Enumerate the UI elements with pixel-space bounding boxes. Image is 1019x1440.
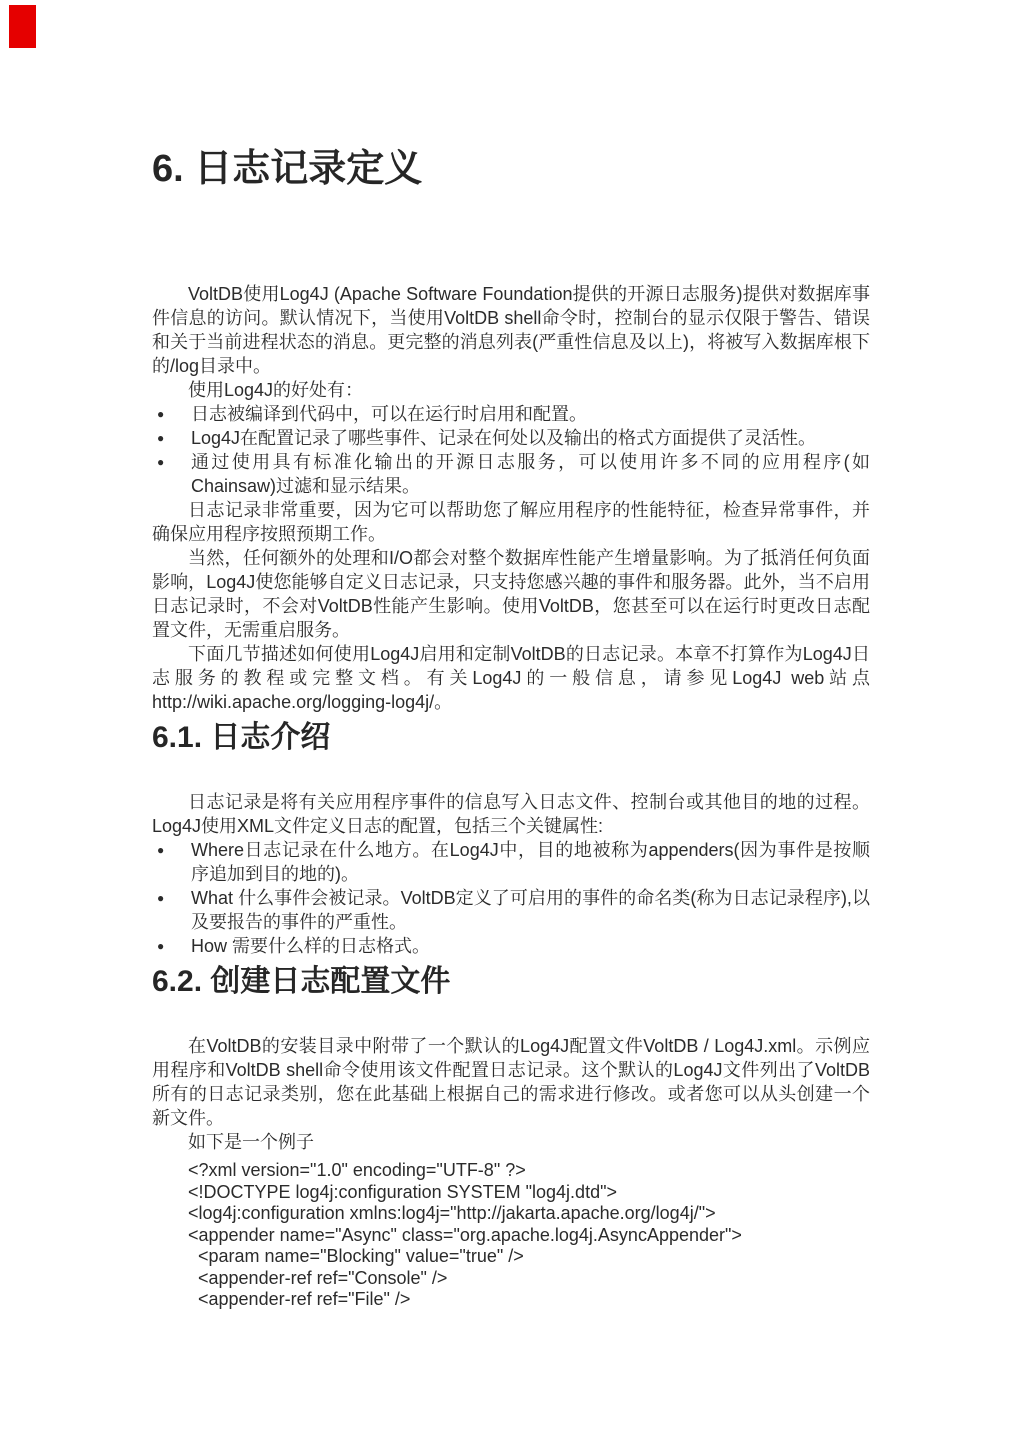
chapter-title: 6. 日志记录定义: [152, 146, 870, 192]
list-item: Log4J在配置记录了哪些事件、记录在何处以及输出的格式方面提供了灵活性。: [152, 426, 870, 450]
list-item: 通过使用具有标准化输出的开源日志服务，可以使用许多不同的应用程序(如Chains…: [152, 450, 870, 498]
benefits-list: 日志被编译到代码中，可以在运行时启用和配置。Log4J在配置记录了哪些事件、记录…: [152, 402, 870, 498]
document-page: 6. 日志记录定义 VoltDB使用Log4J (Apache Software…: [0, 0, 1019, 1440]
red-marker: [9, 5, 36, 48]
log4j-url-text: http://wiki.apache.org/logging-log4j/。: [152, 690, 870, 714]
code-line: <!DOCTYPE log4j:configuration SYSTEM "lo…: [188, 1182, 870, 1204]
section-6-1-heading: 6.1. 日志介绍: [152, 720, 870, 756]
intro-paragraph-reference: 下面几节描述如何使用Log4J启用和定制VoltDB的日志记录。本章不打算作为L…: [152, 642, 870, 690]
code-line: <appender-ref ref="Console" />: [188, 1268, 870, 1290]
section-6-1-paragraph: 日志记录是将有关应用程序事件的信息写入日志文件、控制台或其他目的地的过程。Log…: [152, 790, 870, 838]
code-line: <param name="Blocking" value="true" />: [188, 1246, 870, 1268]
section-6-2-paragraph: 在VoltDB的安装目录中附带了一个默认的Log4J配置文件VoltDB / L…: [152, 1034, 870, 1130]
list-item: Where日志记录在什么地方。在Log4J中，目的地被称为appenders(因…: [152, 838, 870, 886]
section-6-2-heading: 6.2. 创建日志配置文件: [152, 964, 870, 1000]
intro-paragraph-overview: VoltDB使用Log4J (Apache Software Foundatio…: [152, 282, 870, 378]
code-line: <?xml version="1.0" encoding="UTF-8" ?>: [188, 1160, 870, 1182]
code-line: <log4j:configuration xmlns:log4j="http:/…: [188, 1203, 870, 1225]
code-line: <appender-ref ref="File" />: [188, 1289, 870, 1311]
intro-paragraph-performance: 当然，任何额外的处理和I/O都会对整个数据库性能产生增量影响。为了抵消任何负面影…: [152, 546, 870, 642]
list-item: How 需要什么样的日志格式。: [152, 934, 870, 958]
xml-code-block: <?xml version="1.0" encoding="UTF-8" ?><…: [152, 1160, 870, 1311]
logging-attributes-list: Where日志记录在什么地方。在Log4J中，目的地被称为appenders(因…: [152, 838, 870, 958]
example-lead-in: 如下是一个例子: [152, 1130, 870, 1154]
list-item: What 什么事件会被记录。VoltDB定义了可启用的事件的命名类(称为日志记录…: [152, 886, 870, 934]
code-line: <appender name="Async" class="org.apache…: [188, 1225, 870, 1247]
list-item: 日志被编译到代码中，可以在运行时启用和配置。: [152, 402, 870, 426]
benefits-lead-in: 使用Log4J的好处有：: [152, 378, 870, 402]
intro-paragraph-importance: 日志记录非常重要，因为它可以帮助您了解应用程序的性能特征，检查异常事件，并确保应…: [152, 498, 870, 546]
